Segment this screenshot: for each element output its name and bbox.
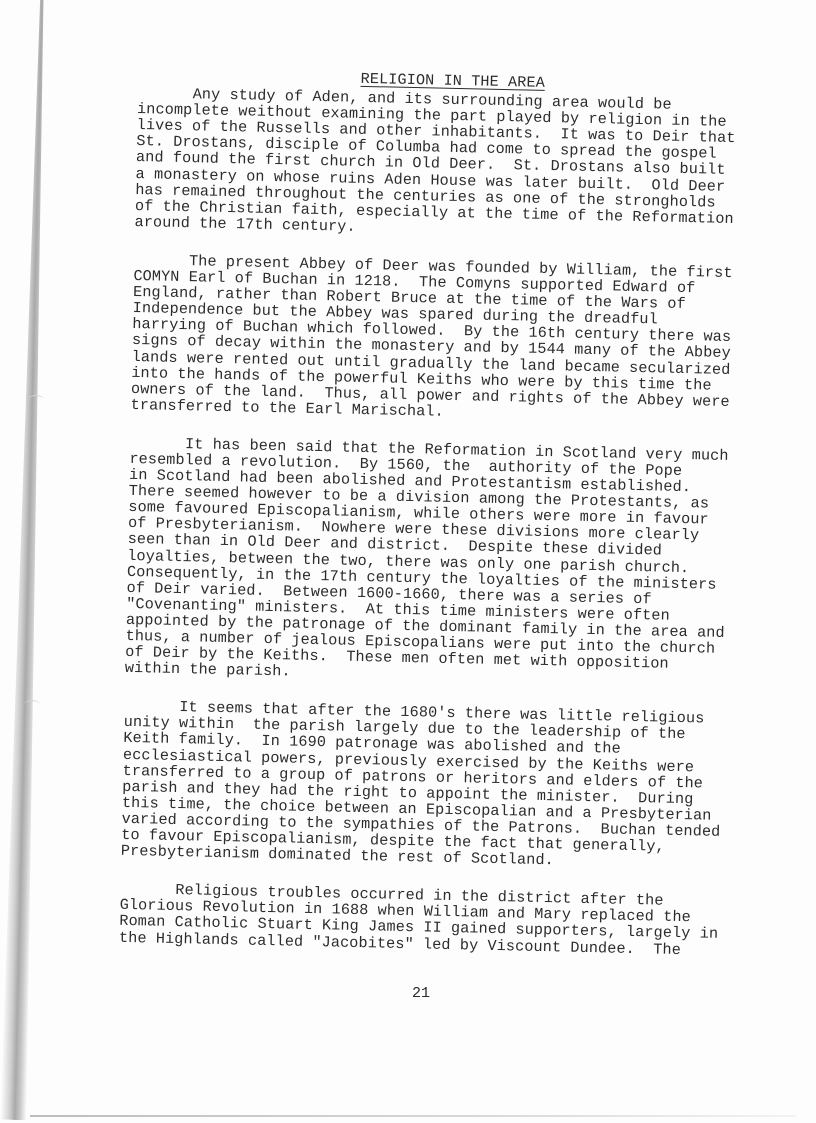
paragraph: Any study of Aden, and its surrounding a… bbox=[134, 85, 797, 244]
page-bottom-edge bbox=[30, 1115, 796, 1117]
paragraphs-container: Any study of Aden, and its surrounding a… bbox=[119, 85, 798, 960]
punch-hole-mark bbox=[28, 395, 44, 404]
paragraph: It seems that after the 1680's there was… bbox=[121, 698, 784, 873]
page-binding-shadow bbox=[0, 0, 54, 1120]
page-body: RELIGION IN THE AREA Any study of Aden, … bbox=[118, 66, 798, 982]
punch-hole-mark bbox=[24, 700, 40, 709]
paragraph: Religious troubles occurred in the distr… bbox=[119, 881, 780, 960]
paragraph: It has been said that the Reformation in… bbox=[125, 435, 790, 691]
page-number: 21 bbox=[412, 985, 430, 1002]
paragraph: The present Abbey of Deer was founded by… bbox=[130, 252, 793, 427]
